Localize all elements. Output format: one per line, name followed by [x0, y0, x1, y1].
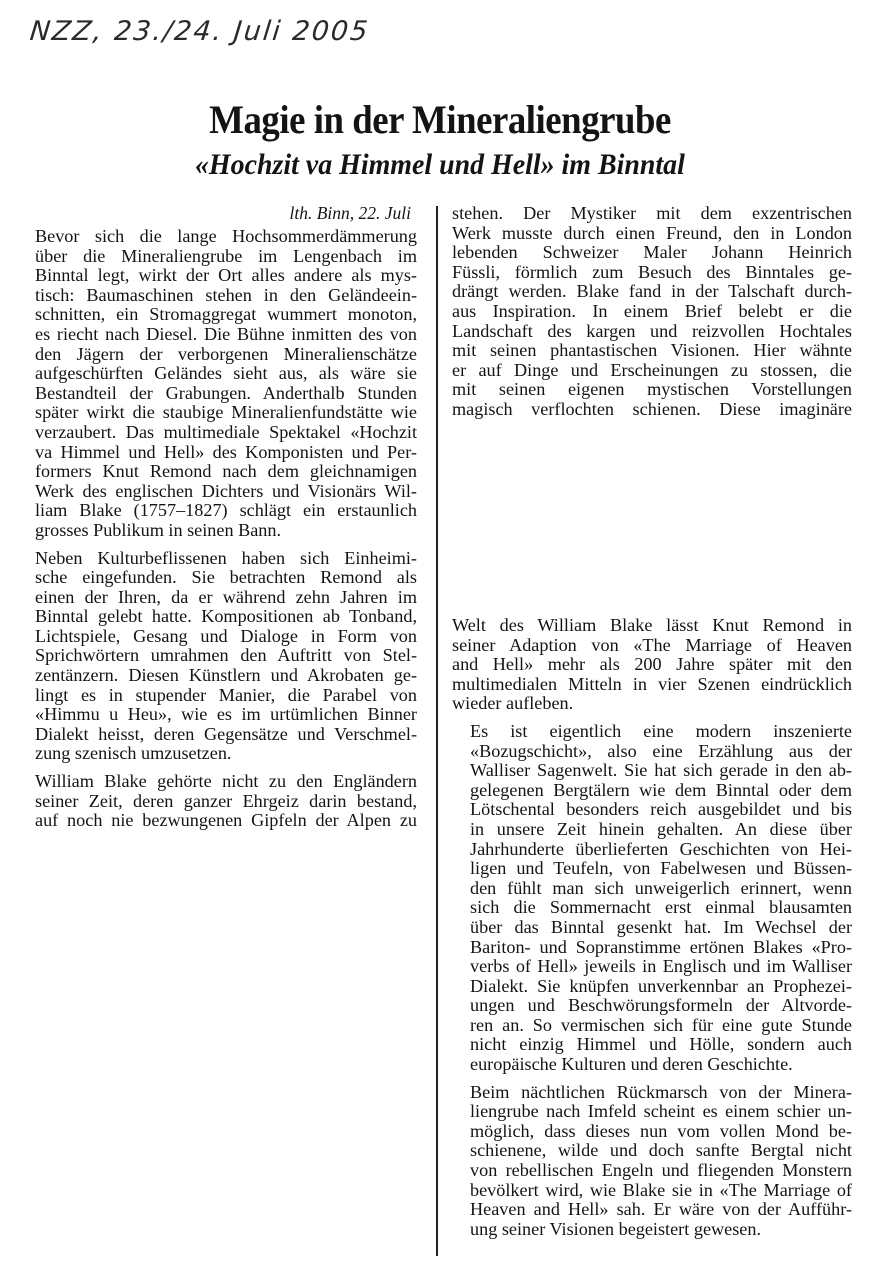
text-line: Neben Kulturbeflissenen haben sich Einhe… — [17, 549, 417, 569]
text-line: mit seinen phantastischen Visionen. Hier… — [452, 341, 852, 361]
text-line: seiner Zeit, deren ganzer Ehrgeiz darin … — [17, 792, 417, 812]
text-line: den Jägern der verborgenen Mineraliensch… — [17, 345, 417, 365]
text-line: stehen. Der Mystiker mit dem exzentrisch… — [452, 204, 852, 224]
text-line: va Himmel und Hell» des Komponisten und … — [17, 443, 417, 463]
text-line: über die Mineraliengrube im Lengenbach i… — [17, 247, 417, 267]
text-line: Bestandteil der Grabungen. Anderthalb St… — [17, 384, 417, 404]
paragraph: Neben Kulturbeflissenen haben sich Einhe… — [17, 549, 417, 765]
text-line: Füssli, förmlich zum Besuch des Binntale… — [452, 263, 852, 283]
text-line: gelegenen Bergtälern wie dem Binntal ode… — [452, 781, 852, 801]
paragraph: William Blake gehörte nicht zu den Englä… — [17, 772, 417, 831]
text-line: nicht einzig Himmel und Hölle, sondern a… — [452, 1035, 852, 1055]
text-line: seiner Adaption von «The Marriage of Hea… — [452, 636, 852, 656]
text-line: multimedialen Mitteln in vier Szenen ein… — [452, 675, 852, 695]
text-line: Sprichwörtern umrahmen den Auftritt von … — [17, 646, 417, 666]
text-line: den fühlt man sich unweigerlich erinnert… — [452, 879, 852, 899]
text-line: Beim nächtlichen Rückmarsch von der Mine… — [452, 1083, 852, 1103]
text-line: verzaubert. Das multimediale Spektakel «… — [17, 423, 417, 443]
text-line: später wirkt die staubige Mineralienfund… — [17, 403, 417, 423]
text-line: schnitten, ein Stromaggregat wummert mon… — [17, 305, 417, 325]
headline: Magie in der Mineraliengrube — [36, 96, 844, 143]
text-line: zung szenisch umzusetzen. — [17, 744, 417, 764]
text-line: Landschaft des kargen und reizvollen Hoc… — [452, 322, 852, 342]
dateline: lth. Binn, 22. Juli — [17, 204, 411, 223]
column-divider — [436, 206, 438, 1256]
paragraph: Bevor sich die lange Hochsommerdämmerung… — [17, 227, 417, 541]
text-line: liengrube nach Imfeld scheint es einem s… — [452, 1102, 852, 1122]
text-line: möglich, dass dieses nun vom vollen Mond… — [452, 1122, 852, 1142]
right-column-top: stehen. Der Mystiker mit dem exzentrisch… — [452, 204, 852, 428]
text-line: wieder aufleben. — [452, 694, 852, 714]
text-line: sche eingefunden. Sie betrachten Remond … — [17, 568, 417, 588]
text-line: Werk des englischen Dichters und Visionä… — [17, 482, 417, 502]
text-line: einen der Ihren, da er während zehn Jahr… — [17, 588, 417, 608]
text-line: in unsere Zeit hinein gehalten. An diese… — [452, 820, 852, 840]
text-line: Welt des William Blake lässt Knut Remond… — [452, 616, 852, 636]
text-line: zentänzern. Diesen Künstlern und Akrobat… — [17, 666, 417, 686]
text-line: aus Inspiration. In einem Brief belebt e… — [452, 302, 852, 322]
text-line: Jahrhunderte überlieferten Geschichten v… — [452, 840, 852, 860]
text-line: er auf Dinge und Erscheinungen zu stosse… — [452, 361, 852, 381]
text-line: europäische Kulturen und deren Geschicht… — [452, 1055, 852, 1075]
text-line: Dialekt heisst, deren Gegensätze und Ver… — [17, 725, 417, 745]
text-line: schienene, wilde und doch sanfte Bergtal… — [452, 1141, 852, 1161]
text-line: William Blake gehörte nicht zu den Englä… — [17, 772, 417, 792]
text-line: sich die Sommernacht erst einmal blausam… — [452, 898, 852, 918]
paragraph-continued: stehen. Der Mystiker mit dem exzentrisch… — [452, 204, 852, 420]
text-line: Werk musste durch einen Freund, den in L… — [452, 224, 852, 244]
text-line: and Hell» mehr als 200 Jahre später mit … — [452, 655, 852, 675]
text-line: ungen und Beschwörungsformeln der Altvor… — [452, 996, 852, 1016]
text-line: Binntal gelebt hatte. Kompositionen ab T… — [17, 607, 417, 627]
text-line: bevölkert wird, wie Blake sie in «The Ma… — [452, 1181, 852, 1201]
text-line: tisch: Baumaschinen stehen in den Geländ… — [17, 286, 417, 306]
text-line: drängt werden. Blake fand in der Talscha… — [452, 282, 852, 302]
text-line: von rebellischen Engeln und fliegenden M… — [452, 1161, 852, 1181]
text-line: Bariton- und Sopranstimme ertönen Blakes… — [452, 938, 852, 958]
text-line: auf noch nie bezwungenen Gipfeln der Alp… — [17, 811, 417, 831]
handwritten-source-note: NZZ, 23./24. Juli 2005 — [28, 16, 371, 47]
paragraph: Beim nächtlichen Rückmarsch von der Mine… — [452, 1083, 852, 1240]
text-line: Lichtspiele, Gesang und Dialoge in Form … — [17, 627, 417, 647]
text-line: formers Knut Remond nach dem gleichnamig… — [17, 462, 417, 482]
text-line: verbs of Hell» jeweils in Englisch und i… — [452, 957, 852, 977]
left-column: lth. Binn, 22. Juli Bevor sich die lange… — [17, 204, 417, 839]
text-line: grosses Publikum in seinen Bann. — [17, 521, 417, 541]
text-line: mit seinen eigenen mystischen Vorstellun… — [452, 380, 852, 400]
paragraph-continued: Welt des William Blake lässt Knut Remond… — [452, 616, 852, 714]
text-line: Heaven and Hell» sah. Er wäre von der Au… — [452, 1200, 852, 1220]
text-line: «Himmu u Heu», wie es im urtümlichen Bin… — [17, 705, 417, 725]
text-line: ren an. So vermischen sich für eine gute… — [452, 1016, 852, 1036]
text-line: es riecht nach Diesel. Die Bühne inmitte… — [17, 325, 417, 345]
right-column-bottom: Welt des William Blake lässt Knut Remond… — [452, 616, 852, 1247]
text-line: Dialekt. Sie knüpfen unverkennbar an Pro… — [452, 977, 852, 997]
text-line: Binntal legt, wirkt der Ort alles andere… — [17, 266, 417, 286]
text-line: ung seiner Visionen begeistert gewesen. — [452, 1220, 852, 1240]
text-line: Bevor sich die lange Hochsommerdämmerung — [17, 227, 417, 247]
text-line: Walliser Sagenwelt. Sie hat sich gerade … — [452, 761, 852, 781]
text-line: lingt es in stupender Manier, die Parabe… — [17, 686, 417, 706]
text-line: aufgeschürften Geländes sieht aus, als w… — [17, 364, 417, 384]
text-line: über das Binntal gesenkt hat. Im Wechsel… — [452, 918, 852, 938]
text-line: Es ist eigentlich eine modern inszeniert… — [452, 722, 852, 742]
text-line: «Bozugschicht», also eine Erzählung aus … — [452, 742, 852, 762]
text-line: ligen und Teufeln, von Fabelwesen und Bü… — [452, 859, 852, 879]
text-line: liam Blake (1757–1827) schlägt ein ersta… — [17, 501, 417, 521]
text-line: magisch verflochten schienen. Diese imag… — [452, 400, 852, 420]
text-line: lebenden Schweizer Maler Johann Heinrich — [452, 243, 852, 263]
subheadline: «Hochzit va Himmel und Hell» im Binntal — [32, 148, 849, 182]
paragraph: Es ist eigentlich eine modern inszeniert… — [452, 722, 852, 1075]
text-line: Lötschental besonders reich ausgebildet … — [452, 800, 852, 820]
